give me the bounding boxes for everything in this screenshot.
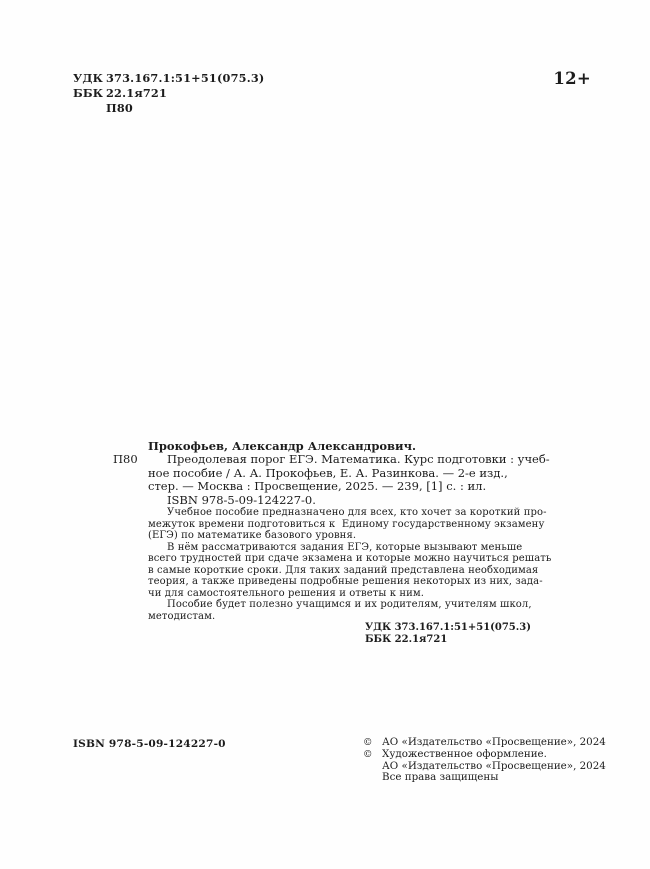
author-sign-top: П80 (106, 101, 264, 116)
copyright-line: © Художественное оформление. (363, 749, 606, 761)
copyright-symbol (363, 761, 382, 773)
copyright-line: Все права защищены (363, 772, 606, 784)
udc-bbk-block: УДК 373.167.1:51+51(075.3) ББК 22.1я721 (365, 622, 528, 645)
udc-code-row: УДК 373.167.1:51+51(075.3) (73, 71, 264, 86)
classification-block: УДК 373.167.1:51+51(075.3) ББК 22.1я721 … (73, 71, 264, 116)
isbn-line: ISBN 978-5-09-124227-0. (148, 494, 528, 507)
bbk-label: ББК (73, 86, 106, 101)
copyright-text: Художественное оформление. (382, 749, 547, 761)
annotation-paragraph-2: В нём рассматриваются задания ЕГЭ, котор… (148, 542, 528, 600)
author-sign-card: П80 (113, 453, 138, 466)
book-imprint-page: УДК 373.167.1:51+51(075.3) ББК 22.1я721 … (0, 0, 650, 869)
copyright-symbol: © (363, 737, 382, 749)
bbk-value: 22.1я721 (106, 86, 167, 101)
catalog-card: Прокофьев, Александр Александрович. Прео… (148, 440, 528, 645)
author-heading: Прокофьев, Александр Александрович. (148, 440, 528, 453)
udc-label: УДК (73, 71, 106, 86)
copyright-notice: © АО «Издательство «Просвещение», 2024 ©… (363, 737, 606, 784)
annotation-paragraph-3: Пособие будет полезно учащимся и их роди… (148, 599, 528, 622)
annotation-paragraph-1: Учебное пособие предназначено для всех, … (148, 507, 528, 542)
copyright-symbol (363, 772, 382, 784)
copyright-symbol: © (363, 749, 382, 761)
copyright-text: Все права защищены (382, 772, 498, 784)
bibliographic-description: Преодолевая порог ЕГЭ. Математика. Курс … (148, 453, 528, 493)
udc-value: 373.167.1:51+51(075.3) (106, 71, 264, 86)
age-rating-badge: 12+ (553, 69, 591, 88)
bbk-code-row: ББК 22.1я721 (73, 86, 264, 101)
isbn-footer: ISBN 978-5-09-124227-0 (73, 738, 226, 750)
